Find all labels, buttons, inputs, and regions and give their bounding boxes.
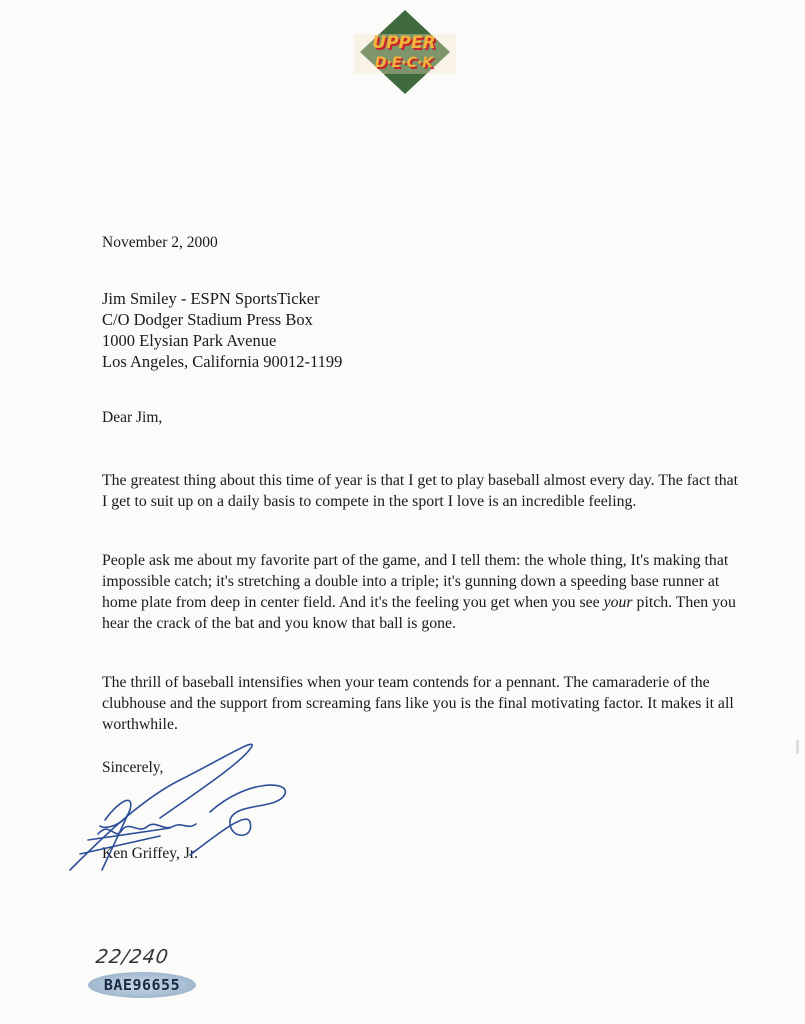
letter-date: November 2, 2000 xyxy=(102,232,218,253)
body-paragraph-1: The greatest thing about this time of ye… xyxy=(102,470,742,512)
recipient-address: Jim Smiley - ESPN SportsTicker C/O Dodge… xyxy=(102,288,342,372)
emphasis-your: your xyxy=(604,594,633,611)
edition-number: 22/240 xyxy=(94,946,170,968)
hologram-id: BAE96655 xyxy=(104,976,180,994)
salutation: Dear Jim, xyxy=(102,407,162,428)
body-paragraph-2: People ask me about my favorite part of … xyxy=(102,550,742,634)
paper-mark xyxy=(796,740,799,754)
handwritten-signature xyxy=(60,730,320,880)
body-paragraph-3: The thrill of baseball intensifies when … xyxy=(102,672,742,735)
authentication-hologram-sticker: BAE96655 xyxy=(88,972,196,998)
upper-deck-logo: UPPER UPPER D·E·C·K D·E·C·K xyxy=(350,8,460,96)
logo-line-1-fill: UPPER xyxy=(372,33,435,53)
recipient-line: Los Angeles, California 90012-1199 xyxy=(102,351,342,372)
recipient-line: Jim Smiley - ESPN SportsTicker xyxy=(102,288,342,309)
recipient-line: C/O Dodger Stadium Press Box xyxy=(102,309,342,330)
logo-line-2-fill: D·E·C·K xyxy=(375,55,434,71)
recipient-line: 1000 Elysian Park Avenue xyxy=(102,330,342,351)
